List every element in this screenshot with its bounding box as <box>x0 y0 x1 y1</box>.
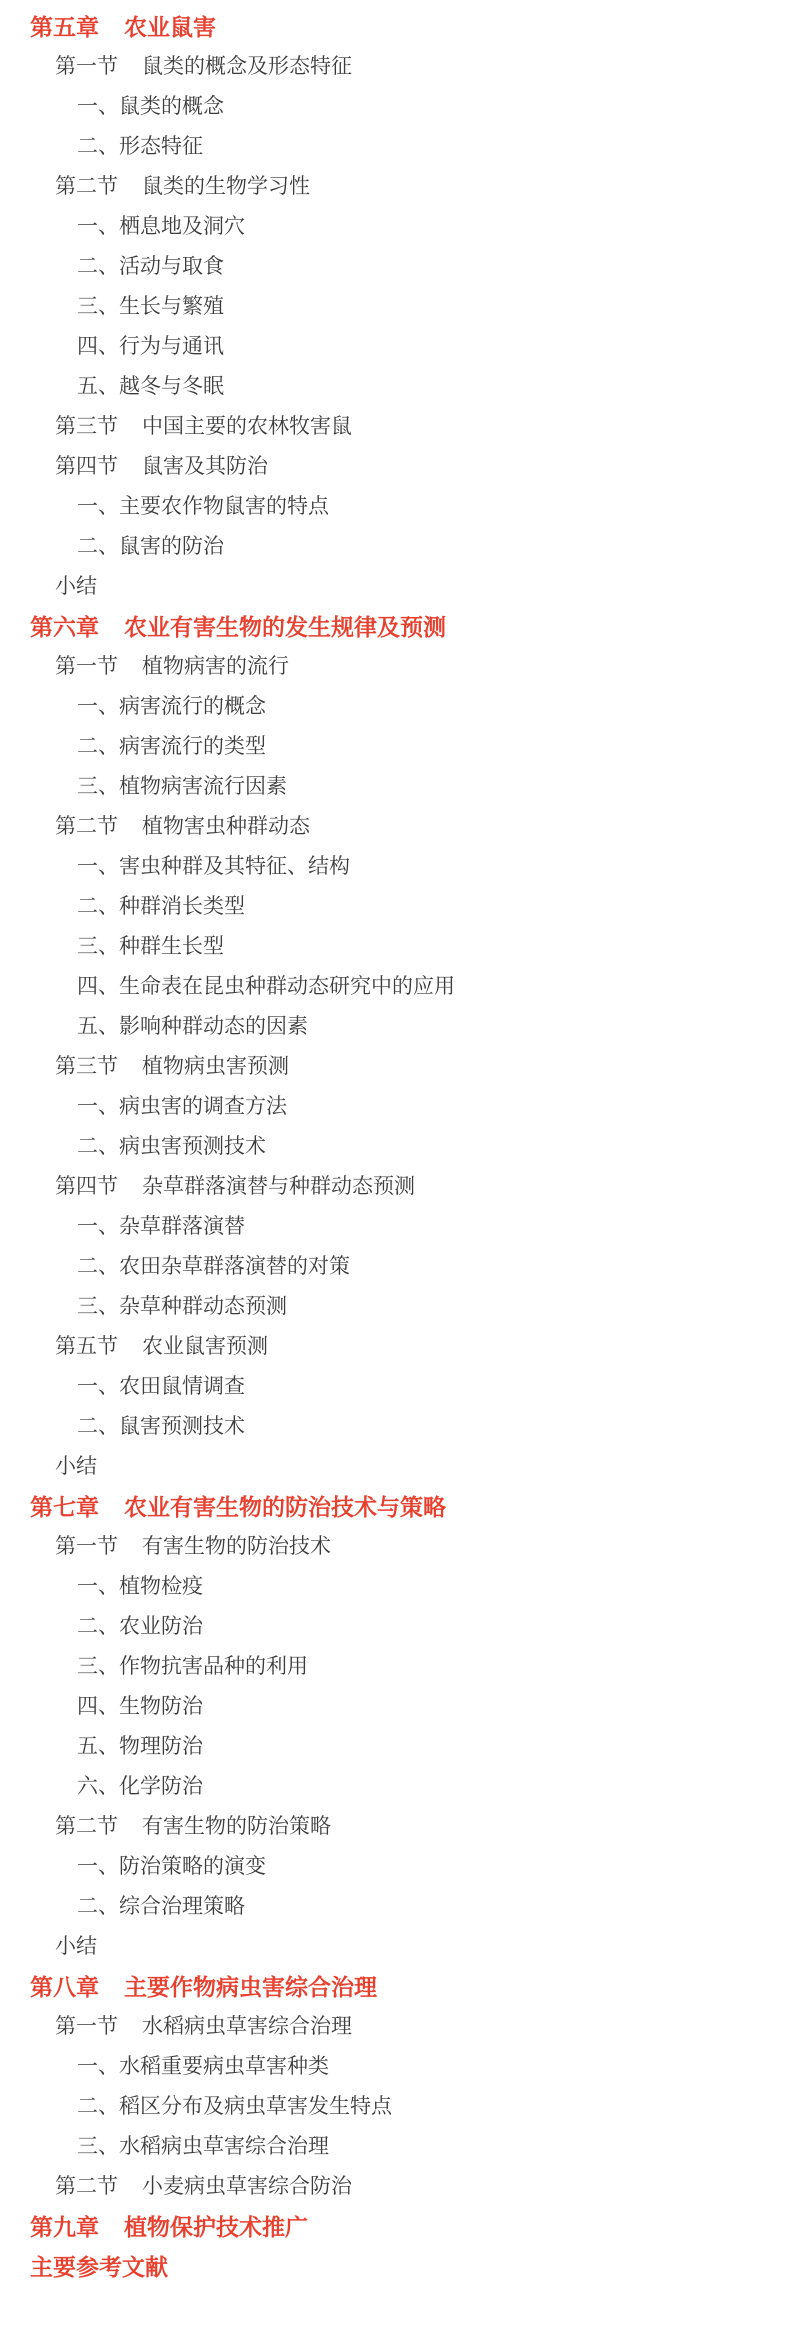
line-label: 第九章 <box>30 2214 99 2240</box>
line-title: 植物病害的流行 <box>142 655 289 678</box>
toc-item-line: 一、植物检疫 <box>0 1567 790 1607</box>
line-text: 小结 <box>55 1455 97 1478</box>
toc-item-line: 三、种群生长型 <box>0 927 790 967</box>
line-text: 一、害虫种群及其特征、结构 <box>77 855 350 878</box>
toc-item-line: 二、种群消长类型 <box>0 887 790 927</box>
line-label: 第六章 <box>30 614 99 640</box>
line-title: 有害生物的防治技术 <box>142 1535 331 1558</box>
line-text: 六、化学防治 <box>77 1775 203 1798</box>
line-text: 一、植物检疫 <box>77 1575 203 1598</box>
toc-summary-line: 小结 <box>0 1927 790 1967</box>
toc-section-line: 第四节鼠害及其防治 <box>0 447 790 487</box>
line-text: 主要参考文献 <box>30 2254 168 2280</box>
toc-item-line: 三、杂草种群动态预测 <box>0 1287 790 1327</box>
line-title: 植物保护技术推广 <box>124 2214 308 2240</box>
toc-section-line: 第二节有害生物的防治策略 <box>0 1807 790 1847</box>
toc-item-line: 四、生命表在昆虫种群动态研究中的应用 <box>0 967 790 1007</box>
line-title: 农业鼠害 <box>124 14 216 40</box>
line-title: 鼠类的概念及形态特征 <box>142 55 352 78</box>
line-text: 一、栖息地及洞穴 <box>77 215 245 238</box>
line-text: 二、鼠害预测技术 <box>77 1415 245 1438</box>
line-text: 二、病害流行的类型 <box>77 735 266 758</box>
toc-summary-line: 小结 <box>0 1447 790 1487</box>
line-text: 三、种群生长型 <box>77 935 224 958</box>
line-title: 农业有害生物的防治技术与策略 <box>124 1494 446 1520</box>
line-text: 一、杂草群落演替 <box>77 1215 245 1238</box>
toc-item-line: 五、物理防治 <box>0 1727 790 1767</box>
line-text: 五、影响种群动态的因素 <box>77 1015 308 1038</box>
toc-chapter-line: 第六章农业有害生物的发生规律及预测 <box>0 607 790 647</box>
toc-item-line: 四、行为与通讯 <box>0 327 790 367</box>
line-title: 植物病虫害预测 <box>142 1055 289 1078</box>
toc-section-line: 第二节小麦病虫草害综合防治 <box>0 2167 790 2207</box>
toc-item-line: 二、形态特征 <box>0 127 790 167</box>
toc-item-line: 三、植物病害流行因素 <box>0 767 790 807</box>
toc-section-line: 第二节植物害虫种群动态 <box>0 807 790 847</box>
toc-chapter-line: 第八章主要作物病虫害综合治理 <box>0 1967 790 2007</box>
line-label: 第一节 <box>55 2015 118 2038</box>
line-label: 第三节 <box>55 415 118 438</box>
toc-item-line: 二、病害流行的类型 <box>0 727 790 767</box>
line-text: 一、主要农作物鼠害的特点 <box>77 495 329 518</box>
toc-item-line: 一、农田鼠情调查 <box>0 1367 790 1407</box>
line-text: 二、种群消长类型 <box>77 895 245 918</box>
line-label: 第一节 <box>55 655 118 678</box>
line-text: 四、行为与通讯 <box>77 335 224 358</box>
toc-item-line: 一、栖息地及洞穴 <box>0 207 790 247</box>
line-text: 二、农业防治 <box>77 1615 203 1638</box>
toc-item-line: 三、作物抗害品种的利用 <box>0 1647 790 1687</box>
toc-section-line: 第三节植物病虫害预测 <box>0 1047 790 1087</box>
line-text: 一、鼠类的概念 <box>77 95 224 118</box>
toc-item-line: 一、病虫害的调查方法 <box>0 1087 790 1127</box>
toc-item-line: 三、水稻病虫草害综合治理 <box>0 2127 790 2167</box>
line-text: 五、越冬与冬眠 <box>77 375 224 398</box>
toc-section-line: 第一节有害生物的防治技术 <box>0 1527 790 1567</box>
line-title: 主要作物病虫害综合治理 <box>124 1974 377 2000</box>
toc-item-line: 二、综合治理策略 <box>0 1887 790 1927</box>
line-text: 三、水稻病虫草害综合治理 <box>77 2135 329 2158</box>
line-label: 第二节 <box>55 815 118 838</box>
line-text: 五、物理防治 <box>77 1735 203 1758</box>
line-text: 三、生长与繁殖 <box>77 295 224 318</box>
line-title: 中国主要的农林牧害鼠 <box>142 415 352 438</box>
toc-section-line: 第二节鼠类的生物学习性 <box>0 167 790 207</box>
toc-item-line: 六、化学防治 <box>0 1767 790 1807</box>
line-label: 第五节 <box>55 1335 118 1358</box>
toc-item-line: 二、病虫害预测技术 <box>0 1127 790 1167</box>
line-text: 二、农田杂草群落演替的对策 <box>77 1255 350 1278</box>
line-label: 第一节 <box>55 1535 118 1558</box>
toc-item-line: 五、影响种群动态的因素 <box>0 1007 790 1047</box>
toc-item-line: 四、生物防治 <box>0 1687 790 1727</box>
line-text: 小结 <box>55 1935 97 1958</box>
line-label: 第一节 <box>55 55 118 78</box>
line-text: 三、作物抗害品种的利用 <box>77 1655 308 1678</box>
toc-item-line: 二、鼠害预测技术 <box>0 1407 790 1447</box>
line-label: 第二节 <box>55 1815 118 1838</box>
line-label: 第二节 <box>55 2175 118 2198</box>
line-title: 植物害虫种群动态 <box>142 815 310 838</box>
toc-section-line: 第一节水稻病虫草害综合治理 <box>0 2007 790 2047</box>
toc-page: 第五章农业鼠害第一节鼠类的概念及形态特征一、鼠类的概念二、形态特征第二节鼠类的生… <box>0 0 790 2287</box>
toc-item-line: 一、鼠类的概念 <box>0 87 790 127</box>
toc-backmatter-line: 主要参考文献 <box>0 2247 790 2287</box>
line-title: 鼠害及其防治 <box>142 455 268 478</box>
line-label: 第八章 <box>30 1974 99 2000</box>
line-text: 小结 <box>55 575 97 598</box>
line-text: 三、植物病害流行因素 <box>77 775 287 798</box>
toc-chapter-line: 第五章农业鼠害 <box>0 7 790 47</box>
line-text: 一、农田鼠情调查 <box>77 1375 245 1398</box>
line-title: 鼠类的生物学习性 <box>142 175 310 198</box>
line-title: 小麦病虫草害综合防治 <box>142 2175 352 2198</box>
toc-item-line: 一、害虫种群及其特征、结构 <box>0 847 790 887</box>
line-text: 二、形态特征 <box>77 135 203 158</box>
toc-item-line: 三、生长与繁殖 <box>0 287 790 327</box>
line-text: 一、防治策略的演变 <box>77 1855 266 1878</box>
toc-section-line: 第三节中国主要的农林牧害鼠 <box>0 407 790 447</box>
line-label: 第七章 <box>30 1494 99 1520</box>
line-text: 一、水稻重要病虫草害种类 <box>77 2055 329 2078</box>
line-text: 四、生物防治 <box>77 1695 203 1718</box>
line-text: 三、杂草种群动态预测 <box>77 1295 287 1318</box>
line-label: 第四节 <box>55 1175 118 1198</box>
line-label: 第五章 <box>30 14 99 40</box>
toc-section-line: 第五节农业鼠害预测 <box>0 1327 790 1367</box>
toc-item-line: 一、杂草群落演替 <box>0 1207 790 1247</box>
toc-item-line: 二、鼠害的防治 <box>0 527 790 567</box>
line-text: 一、病害流行的概念 <box>77 695 266 718</box>
line-text: 二、活动与取食 <box>77 255 224 278</box>
toc-item-line: 一、主要农作物鼠害的特点 <box>0 487 790 527</box>
toc-item-line: 一、病害流行的概念 <box>0 687 790 727</box>
line-text: 四、生命表在昆虫种群动态研究中的应用 <box>77 975 455 998</box>
line-text: 二、稻区分布及病虫草害发生特点 <box>77 2095 392 2118</box>
toc-section-line: 第一节鼠类的概念及形态特征 <box>0 47 790 87</box>
toc-item-line: 二、农业防治 <box>0 1607 790 1647</box>
toc-chapter-line: 第九章植物保护技术推广 <box>0 2207 790 2247</box>
toc-list: 第五章农业鼠害第一节鼠类的概念及形态特征一、鼠类的概念二、形态特征第二节鼠类的生… <box>0 0 790 2287</box>
toc-item-line: 五、越冬与冬眠 <box>0 367 790 407</box>
line-text: 二、综合治理策略 <box>77 1895 245 1918</box>
line-label: 第四节 <box>55 455 118 478</box>
toc-chapter-line: 第七章农业有害生物的防治技术与策略 <box>0 1487 790 1527</box>
line-label: 第二节 <box>55 175 118 198</box>
line-title: 有害生物的防治策略 <box>142 1815 331 1838</box>
toc-item-line: 二、农田杂草群落演替的对策 <box>0 1247 790 1287</box>
toc-item-line: 二、活动与取食 <box>0 247 790 287</box>
toc-item-line: 一、水稻重要病虫草害种类 <box>0 2047 790 2087</box>
toc-summary-line: 小结 <box>0 567 790 607</box>
line-title: 杂草群落演替与种群动态预测 <box>142 1175 415 1198</box>
toc-item-line: 二、稻区分布及病虫草害发生特点 <box>0 2087 790 2127</box>
line-text: 二、鼠害的防治 <box>77 535 224 558</box>
line-title: 农业有害生物的发生规律及预测 <box>124 614 446 640</box>
line-title: 水稻病虫草害综合治理 <box>142 2015 352 2038</box>
line-text: 一、病虫害的调查方法 <box>77 1095 287 1118</box>
toc-section-line: 第四节杂草群落演替与种群动态预测 <box>0 1167 790 1207</box>
toc-section-line: 第一节植物病害的流行 <box>0 647 790 687</box>
line-label: 第三节 <box>55 1055 118 1078</box>
toc-item-line: 一、防治策略的演变 <box>0 1847 790 1887</box>
line-title: 农业鼠害预测 <box>142 1335 268 1358</box>
line-text: 二、病虫害预测技术 <box>77 1135 266 1158</box>
